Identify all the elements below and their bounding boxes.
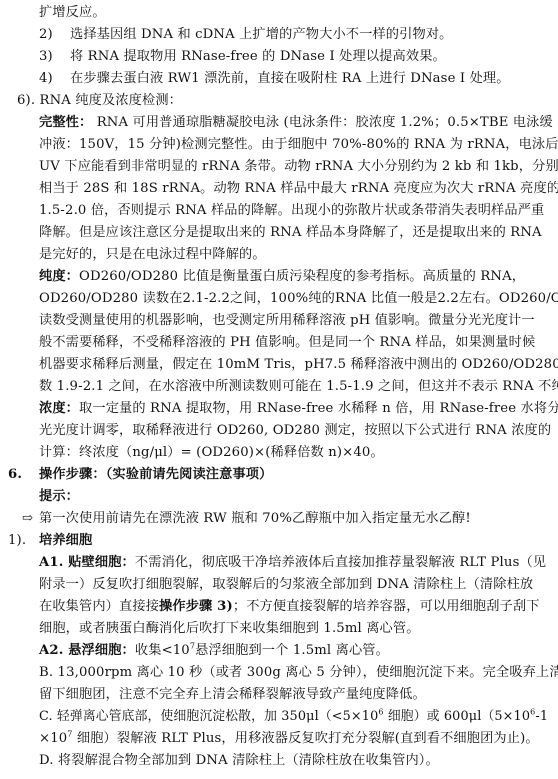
integrity-label: 完整性： bbox=[39, 115, 92, 130]
step-a1: A1. 贴壁细胞：不需消化，彻底吸干净培养液体后直接加推荐量裂解液 RLT Pl… bbox=[39, 552, 546, 574]
arrow-right-icon: ⇨ bbox=[22, 511, 33, 526]
list-text: 在步骤去蛋白液 RW1 漂洗前，直接在吸附柱 RA 上进行 DNase I 处理… bbox=[70, 68, 510, 90]
paragraph-text: RNA 可用普通琼脂糖凝胶电泳 (电泳条件：胶浓度 1.2%；0.5×TBE 电… bbox=[92, 115, 553, 130]
paragraph-text: 般不需要稀释，不受稀释溶液的 PH 值影响。但是同一个 RNA 样品，如果测量时… bbox=[39, 332, 535, 354]
text-run: ；不方便直接裂解的培养容器，可以用细胞刮子刮下 bbox=[233, 599, 540, 614]
concentration-label: 浓度： bbox=[39, 401, 79, 416]
paragraph-text: 机器要求稀释后测量，假定在 10mM Tris，pH7.5 稀释溶液中测出的 O… bbox=[39, 354, 558, 376]
a2-label: A2. 悬浮细胞： bbox=[39, 643, 135, 658]
list-item: 2) 选择基因组 DNA 和 cDNA 上扩增的产物大小不一样的引物对。 bbox=[39, 24, 53, 46]
paragraph-text: 扩增反应。 bbox=[39, 2, 106, 24]
list-text: 选择基因组 DNA 和 cDNA 上扩增的产物大小不一样的引物对。 bbox=[70, 24, 453, 46]
paragraph-text: 在收集管内）直接接操作步骤 3)；不方便直接裂解的培养容器，可以用细胞刮子刮下 bbox=[39, 596, 540, 618]
text-run: 悬浮细胞到一个 1.5ml 离心管。 bbox=[195, 643, 389, 658]
step-reference: 操作步骤 3) bbox=[159, 599, 233, 614]
paragraph-text: 留下细胞团，注意不完全弃上清会稀释裂解液导致产量纯度降低。 bbox=[39, 684, 426, 706]
text-run: ×10 bbox=[39, 731, 67, 746]
concentration-paragraph: 浓度：取一定量的 RNA 提取物，用 RNase-free 水稀释 n 倍，用 … bbox=[39, 398, 558, 420]
text-run: 细胞）裂解液 RLT Plus，用移液器反复吹打充分裂解(直到看不细胞团为止)。 bbox=[73, 731, 539, 746]
paragraph-text: 数 1.9-2.1 之间，在水溶液中所测读数则可能在 1.5-1.9 之间，但这… bbox=[39, 376, 558, 398]
section-heading: 6. 操作步骤：（实验前请先阅读注意事项） bbox=[8, 464, 22, 486]
paragraph-text: 1.5-2.0 倍，否则提示 RNA 样品的降解。出现小的弥散片状或条带消失表明… bbox=[39, 200, 544, 222]
paragraph-text: 取一定量的 RNA 提取物，用 RNase-free 水稀释 n 倍，用 RNa… bbox=[79, 401, 558, 416]
paragraph-text: 读数受测量使用的机器影响，也受测定所用稀释溶液 pH 值影响。微量分光光度计一 bbox=[39, 310, 535, 332]
section-heading: 6). RNA 纯度及浓度检测： bbox=[17, 90, 182, 112]
paragraph-text: OD260/OD280 读数在2.1-2.2之间，100%纯的RNA 比值一般是… bbox=[39, 288, 558, 310]
tip-text: 第一次使用前请先在漂洗液 RW 瓶和 70%乙醇瓶中加入指定量无水乙醇! bbox=[39, 508, 471, 530]
list-number: 2) bbox=[39, 27, 53, 42]
list-number: 4) bbox=[39, 71, 53, 86]
step-title: 培养细胞 bbox=[39, 530, 92, 552]
section-number: 6). bbox=[17, 93, 35, 108]
paragraph-text: 是完好的，只是在电泳过程中降解的。 bbox=[39, 244, 266, 266]
step-a2: A2. 悬浮细胞：收集<107悬浮细胞到一个 1.5ml 离心管。 bbox=[39, 640, 389, 662]
step-number: 1). bbox=[8, 533, 26, 548]
list-item: 4) 在步骤去蛋白液 RW1 漂洗前，直接在吸附柱 RA 上进行 DNase I… bbox=[39, 68, 53, 90]
tip-item: ⇨ 第一次使用前请先在漂洗液 RW 瓶和 70%乙醇瓶中加入指定量无水乙醇! bbox=[22, 508, 33, 530]
step-heading: 1). 培养细胞 bbox=[8, 530, 26, 552]
paragraph-text: 细胞，或者胰蛋白酶消化后吹打下来收集细胞到 1.5ml 离心管。 bbox=[39, 618, 420, 640]
step-c: C. 轻弹离心管底部，使细胞沉淀松散，加 350μl（<5×106 细胞）或 6… bbox=[39, 706, 548, 728]
paragraph-text: ×107 细胞）裂解液 RLT Plus，用移液器反复吹打充分裂解(直到看不细胞… bbox=[39, 728, 539, 750]
paragraph-text: UV 下应能看到非常明显的 rRNA 条带。动物 rRNA 大小分别约为 2 k… bbox=[39, 156, 558, 178]
section-number: 6. bbox=[8, 467, 22, 482]
a1-label: A1. 贴壁细胞： bbox=[39, 555, 135, 570]
paragraph-text: 计算：终浓度（ng/μl）= (OD260)×(稀释倍数 n)×40。 bbox=[39, 442, 384, 464]
section-title: 操作步骤：（实验前请先阅读注意事项） bbox=[39, 464, 272, 486]
text-run: 在收集管内）直接接 bbox=[39, 599, 159, 614]
text-run: 细胞）或 600μl（5×10 bbox=[384, 709, 531, 724]
list-item: 3) 将 RNA 提取物用 RNase-free 的 DNase I 处理以提高… bbox=[39, 46, 53, 68]
paragraph-text: 相当于 28S 和 18S rRNA。动物 RNA 样品中最大 rRNA 亮度应… bbox=[39, 178, 558, 200]
step-d: D. 将裂解混合物全部加到 DNA 清除柱上（清除柱放在收集管内）。 bbox=[39, 750, 439, 772]
paragraph-text: 光光度计调零，取稀释液进行 OD260, OD280 测定，按照以下公式进行 R… bbox=[39, 420, 551, 442]
step-b: B. 13,000rpm 离心 10 秒（或者 300g 离心 5 分钟），使细… bbox=[39, 662, 558, 684]
list-text: 将 RNA 提取物用 RNase-free 的 DNase I 处理以提高效果。 bbox=[70, 46, 446, 68]
paragraph-text: 不需消化，彻底吸干净培养液体后直接加推荐量裂解液 RLT Plus（见 bbox=[135, 555, 546, 570]
text-run: 收集<10 bbox=[135, 643, 190, 658]
list-number: 3) bbox=[39, 49, 53, 64]
text-run: C. 轻弹离心管底部，使细胞沉淀松散，加 350μl（<5×10 bbox=[39, 709, 378, 724]
text-run: -1 bbox=[535, 709, 548, 724]
integrity-paragraph: 完整性： RNA 可用普通琼脂糖凝胶电泳 (电泳条件：胶浓度 1.2%；0.5×… bbox=[39, 112, 553, 134]
paragraph-text: 降解。但是应该注意区分是提取出来的 RNA 样品本身降解了，还是提取出来的 RN… bbox=[39, 222, 542, 244]
paragraph-text: 附录一）反复吹打细胞裂解，取裂解后的匀浆液全部加到 DNA 清除柱上（清除柱放 bbox=[39, 574, 533, 596]
purity-label: 纯度： bbox=[39, 269, 79, 284]
tips-label: 提示： bbox=[39, 486, 79, 508]
section-title: RNA 纯度及浓度检测： bbox=[40, 93, 182, 108]
paragraph-text: 冲液：150V，15 分钟)检测完整性。由于细胞中 70%-80%的 RNA 为… bbox=[39, 134, 558, 156]
purity-paragraph: 纯度：OD260/OD280 比值是衡量蛋白质污染程度的参考指标。高质量的 RN… bbox=[39, 266, 525, 288]
paragraph-text: OD260/OD280 比值是衡量蛋白质污染程度的参考指标。高质量的 RNA， bbox=[79, 269, 525, 284]
